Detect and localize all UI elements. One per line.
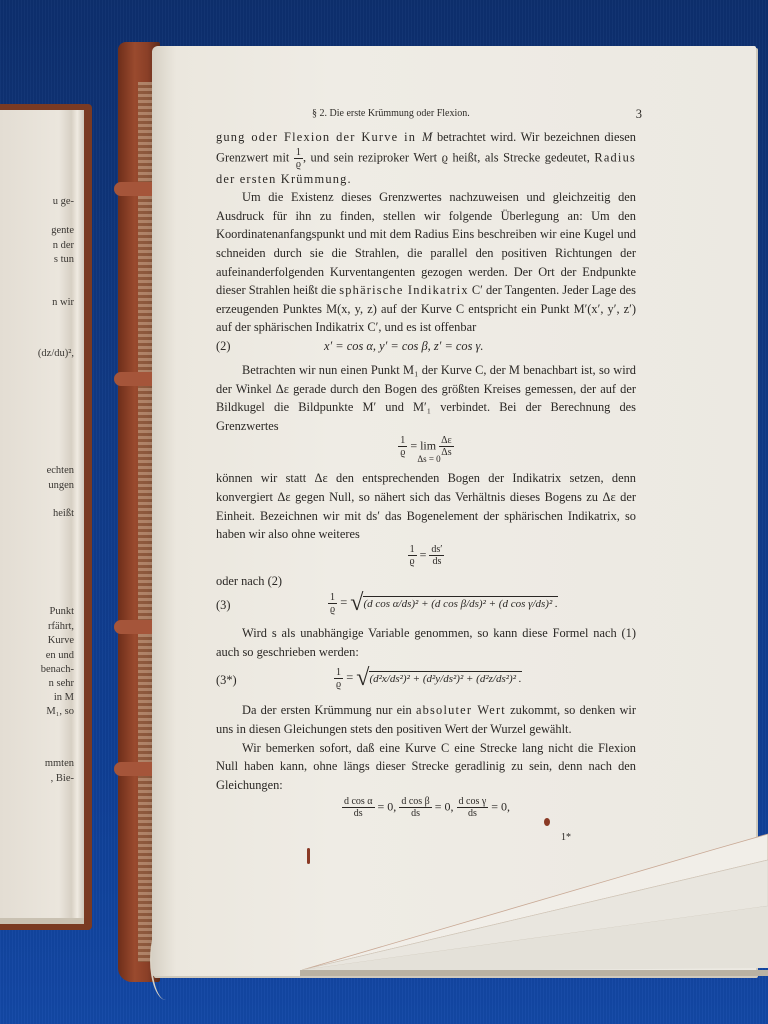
lim-subscript: Δs = 0	[222, 454, 636, 464]
fraction: 1ϱ	[398, 435, 407, 458]
equation-2: (2) x′ = cos α, y′ = cos β, z′ = cos γ.	[216, 337, 636, 361]
left-text-fragment: M₁, so	[46, 706, 74, 717]
lim-operator: = lim	[407, 439, 439, 453]
text-run: Da der ersten Krümmung nur ein	[242, 703, 416, 717]
fraction: d cos αds	[342, 796, 375, 819]
fraction: ds′ds	[429, 544, 444, 567]
left-text-fragment: s tun	[54, 254, 74, 265]
page-text-block: § 2. Die erste Krümmung oder Flexion. 3 …	[216, 108, 636, 828]
sqrt-sign: √	[350, 590, 363, 616]
radicand: (d²x/ds²)² + (d²y/ds²)² + (d²z/ds²)² .	[369, 671, 521, 685]
left-text-fragment: , Bie-	[51, 773, 74, 784]
equation-limit: 1ϱ = lim ΔεΔs Δs = 0	[216, 435, 636, 469]
equation-body: 1ϱ = √(d²x/ds²)² + (d²y/ds²)² + (d²z/ds²…	[334, 665, 522, 692]
left-text-fragment: Kurve	[48, 635, 74, 646]
equals-zero: = 0,	[488, 800, 510, 814]
paragraph-7: Da der ersten Krümmung nur ein absoluter…	[216, 701, 636, 738]
radicand: (d cos α/ds)² + (d cos β/ds)² + (d cos γ…	[363, 596, 557, 610]
equation-label: (3*)	[216, 673, 237, 688]
equation-ds-ratio: 1ϱ = ds′ds	[216, 544, 636, 572]
equation-label: (3)	[216, 598, 230, 613]
fraction: d cos βds	[399, 796, 431, 819]
left-text-fragment: rfährt,	[48, 621, 74, 632]
equation-3-star: (3*) 1ϱ = √(d²x/ds²)² + (d²y/ds²)² + (d²…	[216, 661, 636, 701]
fraction: ΔεΔs	[439, 435, 454, 458]
left-text-fragment: en und	[46, 650, 74, 661]
paragraph-4: können wir statt Δε den entsprechenden B…	[216, 469, 636, 543]
fraction: 1ϱ	[328, 592, 337, 615]
left-text-fragment: n sehr	[49, 678, 74, 689]
equals-zero: = 0,	[375, 800, 400, 814]
sqrt-sign: √	[356, 665, 369, 691]
left-text-fragment: mmten	[45, 758, 74, 769]
left-text-fragment: heißt	[53, 508, 74, 519]
left-text-fragment: echten	[47, 465, 74, 476]
left-text-fragment: n wir	[52, 297, 74, 308]
paragraph-3: Betrachten wir nun einen Punkt M₁ der Ku…	[216, 361, 636, 435]
text-run: , und sein reziproker Wert ϱ heißt, als …	[303, 150, 594, 164]
equals-zero: = 0,	[432, 800, 457, 814]
folded-page-corners	[152, 820, 768, 980]
fraction: d cos γds	[457, 796, 489, 819]
left-text-fragment: Punkt	[49, 606, 74, 617]
paragraph-5: oder nach (2)	[216, 572, 636, 591]
equation-body: 1ϱ = √(d cos α/ds)² + (d cos β/ds)² + (d…	[328, 590, 558, 617]
spaced-term: sphärische Indikatrix	[339, 283, 468, 297]
ink-stain	[544, 818, 550, 826]
left-text-fragment: in M	[54, 692, 74, 703]
left-text-fragment: u ge-	[53, 196, 74, 207]
text-run: gung oder Flexion der Kurve in	[216, 130, 422, 144]
left-text-fragment: n der	[53, 240, 74, 251]
running-head: § 2. Die erste Krümmung oder Flexion. 3	[216, 108, 636, 128]
page-edge-shadow	[300, 970, 768, 976]
fraction: 1ϱ	[334, 667, 343, 690]
left-text-fragment: gente	[51, 225, 74, 236]
page-number: 3	[636, 107, 642, 122]
spaced-term: absoluter Wert	[416, 703, 506, 717]
paragraph-6: Wird s als unabhängige Variable genommen…	[216, 624, 636, 661]
ink-stain	[307, 848, 310, 864]
paragraph-8: Wir bemerken sofort, daß eine Kurve C ei…	[216, 739, 636, 795]
left-book-page: u ge- gente n der s tun n wir (dz/du)², …	[0, 110, 84, 924]
equation-3: (3) 1ϱ = √(d cos α/ds)² + (d cos β/ds)² …	[216, 590, 636, 624]
math-symbol: M	[422, 130, 432, 144]
left-text-fragment: ungen	[48, 480, 74, 491]
equation-body: x′ = cos α, y′ = cos β, z′ = cos γ.	[324, 339, 484, 354]
paragraph-1: gung oder Flexion der Kurve in M betrach…	[216, 128, 636, 188]
left-text-fragment: benach-	[41, 664, 74, 675]
running-head-title: § 2. Die erste Krümmung oder Flexion.	[312, 108, 470, 119]
left-text-fragment: (dz/du)²,	[38, 348, 74, 359]
text-run: Um die Existenz dieses Grenzwertes nachz…	[216, 190, 636, 297]
fraction-one-over-rho: 1ϱ	[294, 147, 303, 170]
paragraph-2: Um die Existenz dieses Grenzwertes nachz…	[216, 188, 636, 337]
equation-label: (2)	[216, 339, 230, 354]
fraction: 1ϱ	[408, 544, 417, 567]
